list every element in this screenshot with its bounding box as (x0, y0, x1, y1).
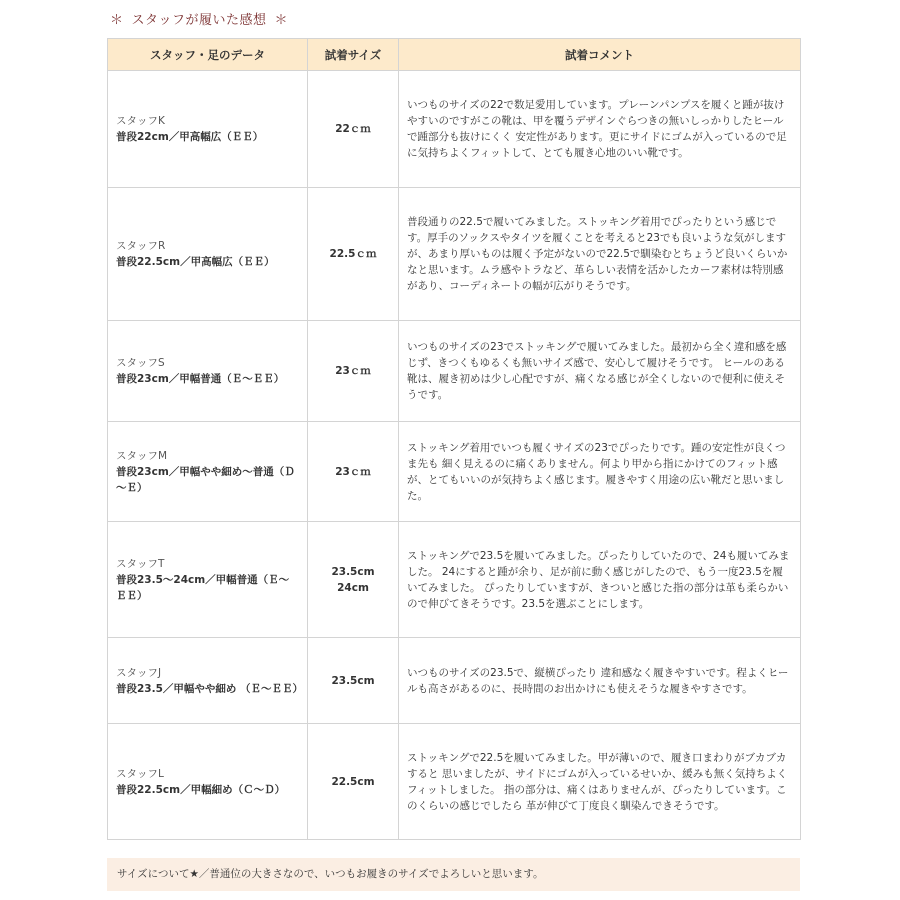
try-size-value: 22ｃｍ (312, 121, 394, 137)
table-row: スタッフM 普段23cm／甲幅やや細め～普通（Ｄ～Ｅ） 23ｃｍ ストッキング着… (108, 422, 801, 522)
try-size-value: 22.5ｃｍ (312, 246, 394, 262)
try-size-value: 23ｃｍ (312, 464, 394, 480)
foot-data: 普段23.5／甲幅やや細め （Ｅ～ＥＥ） (116, 681, 299, 697)
try-comment: ストッキング着用でいつも履くサイズの23でぴったりです。踵の安定性が良くつま先も… (399, 422, 801, 522)
try-comment: ストッキングで22.5を履いてみました。甲が薄いので、履き口まわりがブカブカする… (399, 724, 801, 840)
staff-cell: スタッフJ 普段23.5／甲幅やや細め （Ｅ～ＥＥ） (108, 638, 308, 724)
table-row: スタッフT 普段23.5～24cm／甲幅普通（Ｅ～ＥＥ） 23.5cm24cm … (108, 522, 801, 638)
try-size-cell: 22ｃｍ (308, 71, 399, 188)
try-size-value: 22.5cm (312, 774, 394, 790)
staff-name: スタッフK (116, 113, 299, 129)
header-try-size: 試着サイズ (308, 39, 399, 71)
try-size-value: 23.5cm (312, 564, 394, 580)
try-comment: いつものサイズの23.5で、縦横ぴったり 違和感なく履きやすいです。程よくヒール… (399, 638, 801, 724)
table-row: スタッフR 普段22.5cm／甲高幅広（ＥＥ） 22.5ｃｍ 普段通りの22.5… (108, 188, 801, 321)
staff-review-table: スタッフ・足のデータ 試着サイズ 試着コメント スタッフK 普段22cm／甲高幅… (107, 38, 801, 840)
foot-data: 普段23cm／甲幅やや細め～普通（Ｄ～Ｅ） (116, 464, 299, 496)
try-comment: いつものサイズの23でストッキングで履いてみました。最初から全く違和感を感じず、… (399, 321, 801, 422)
try-comment: いつものサイズの22で数足愛用しています。プレーンパンプスを履くと踵が抜けやすい… (399, 71, 801, 188)
foot-data: 普段23.5～24cm／甲幅普通（Ｅ～ＥＥ） (116, 572, 299, 604)
try-size-cell: 23ｃｍ (308, 321, 399, 422)
staff-cell: スタッフS 普段23cm／甲幅普通（Ｅ～ＥＥ） (108, 321, 308, 422)
staff-name: スタッフJ (116, 665, 299, 681)
try-comment: 普段通りの22.5で履いてみました。ストッキング着用でぴったりという感じです。厚… (399, 188, 801, 321)
staff-cell: スタッフL 普段22.5cm／甲幅細め（Ｃ～Ｄ） (108, 724, 308, 840)
try-comment: ストッキングで23.5を履いてみました。ぴったりしていたので、24も履いてみまし… (399, 522, 801, 638)
try-size-cell: 23ｃｍ (308, 422, 399, 522)
try-size-cell: 23.5cm24cm (308, 522, 399, 638)
staff-cell: スタッフT 普段23.5～24cm／甲幅普通（Ｅ～ＥＥ） (108, 522, 308, 638)
try-size-value: 23.5cm (312, 673, 394, 689)
section-title-text: スタッフが履いた感想 (132, 13, 267, 28)
table-header-row: スタッフ・足のデータ 試着サイズ 試着コメント (108, 39, 801, 71)
table-row: スタッフK 普段22cm／甲高幅広（ＥＥ） 22ｃｍ いつものサイズの22で数足… (108, 71, 801, 188)
staff-cell: スタッフM 普段23cm／甲幅やや細め～普通（Ｄ～Ｅ） (108, 422, 308, 522)
staff-cell: スタッフR 普段22.5cm／甲高幅広（ＥＥ） (108, 188, 308, 321)
asterisk-icon: ＊ (275, 13, 289, 28)
table-row: スタッフJ 普段23.5／甲幅やや細め （Ｅ～ＥＥ） 23.5cm いつものサイ… (108, 638, 801, 724)
section-title: ＊スタッフが履いた感想＊ (110, 9, 288, 28)
size-note: サイズについて★／普通位の大きさなので、いつもお履きのサイズでよろしいと思います… (107, 858, 800, 891)
staff-cell: スタッフK 普段22cm／甲高幅広（ＥＥ） (108, 71, 308, 188)
header-try-comment: 試着コメント (399, 39, 801, 71)
try-size-cell: 23.5cm (308, 638, 399, 724)
staff-name: スタッフM (116, 448, 299, 464)
staff-name: スタッフT (116, 556, 299, 572)
header-staff-data: スタッフ・足のデータ (108, 39, 308, 71)
try-size-cell: 22.5cm (308, 724, 399, 840)
foot-data: 普段22.5cm／甲高幅広（ＥＥ） (116, 254, 299, 270)
foot-data: 普段22.5cm／甲幅細め（Ｃ～Ｄ） (116, 782, 299, 798)
staff-name: スタッフR (116, 238, 299, 254)
try-size-value: 23ｃｍ (312, 363, 394, 379)
table-row: スタッフL 普段22.5cm／甲幅細め（Ｃ～Ｄ） 22.5cm ストッキングで2… (108, 724, 801, 840)
try-size-cell: 22.5ｃｍ (308, 188, 399, 321)
staff-name: スタッフS (116, 355, 299, 371)
foot-data: 普段23cm／甲幅普通（Ｅ～ＥＥ） (116, 371, 299, 387)
foot-data: 普段22cm／甲高幅広（ＥＥ） (116, 129, 299, 145)
asterisk-icon: ＊ (110, 13, 124, 28)
staff-name: スタッフL (116, 766, 299, 782)
try-size-value: 24cm (312, 580, 394, 596)
table-row: スタッフS 普段23cm／甲幅普通（Ｅ～ＥＥ） 23ｃｍ いつものサイズの23で… (108, 321, 801, 422)
